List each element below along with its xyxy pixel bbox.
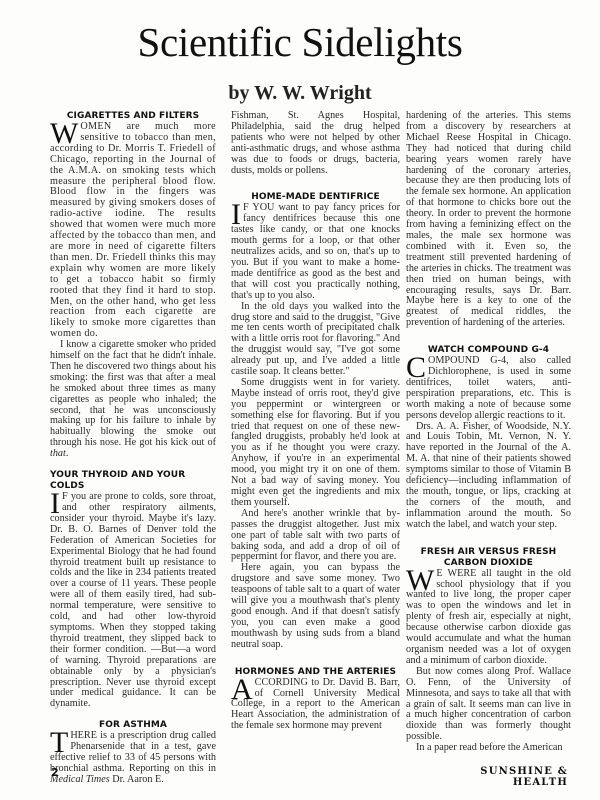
paragraph: In the old days you walked into the drug…: [231, 302, 400, 378]
drop-cap: T: [50, 732, 68, 754]
paragraph: hardening of the arteries. This stems fr…: [406, 111, 571, 329]
paragraph: And here's another wrinkle that by-passe…: [231, 509, 400, 564]
paragraph: IF you are prone to colds, sore throat, …: [50, 492, 216, 710]
drop-cap: C: [406, 357, 426, 379]
byline: by W. W. Wright: [0, 82, 600, 105]
paragraph: I know a cigarette smoker who prided him…: [50, 340, 216, 460]
paragraph: IF YOU want to pay fancy prices for fanc…: [231, 203, 400, 301]
column-1: CIGARETTES AND FILTERS WOMEN are much mo…: [50, 111, 216, 786]
drop-cap: I: [50, 493, 60, 515]
paragraph: WOMEN are much more sensitive to tobacco…: [50, 122, 216, 340]
paragraph: WE WERE all taught in the old school phy…: [406, 569, 571, 667]
paragraph: ACCORDING to Dr. David B. Barr, of Corne…: [231, 678, 400, 733]
drop-cap: W: [50, 123, 78, 145]
column-3: hardening of the arteries. This stems fr…: [406, 111, 571, 754]
paragraph: Fishman, St. Agnes Hospital, Philadelphi…: [231, 111, 400, 176]
paragraph: Here again, you can bypass the drugstore…: [231, 563, 400, 650]
drop-cap: A: [231, 679, 253, 701]
paragraph: Some druggists went in for variety. Mayb…: [231, 378, 400, 509]
page-title: Scientific Sidelights: [0, 18, 600, 66]
page-number: 2: [51, 766, 59, 779]
paragraph: THERE is a prescription drug called Phen…: [50, 731, 216, 786]
paragraph: In a paper read before the American: [406, 743, 571, 754]
column-2: Fishman, St. Agnes Hospital, Philadelphi…: [231, 111, 400, 732]
publication-name: SUNSHINE & HEALTH: [450, 766, 568, 788]
paragraph: COMPOUND G-4, also called Dichlorophene,…: [406, 356, 571, 421]
paragraph: Drs. A. A. Fisher, of Woodside, N.Y. and…: [406, 422, 571, 531]
heading-thyroid: YOUR THYROID AND YOUR COLDS: [50, 470, 216, 492]
paragraph: But now comes along Prof. Wallace O. Fen…: [406, 667, 571, 743]
drop-cap: I: [231, 204, 241, 226]
drop-cap: W: [406, 570, 434, 592]
